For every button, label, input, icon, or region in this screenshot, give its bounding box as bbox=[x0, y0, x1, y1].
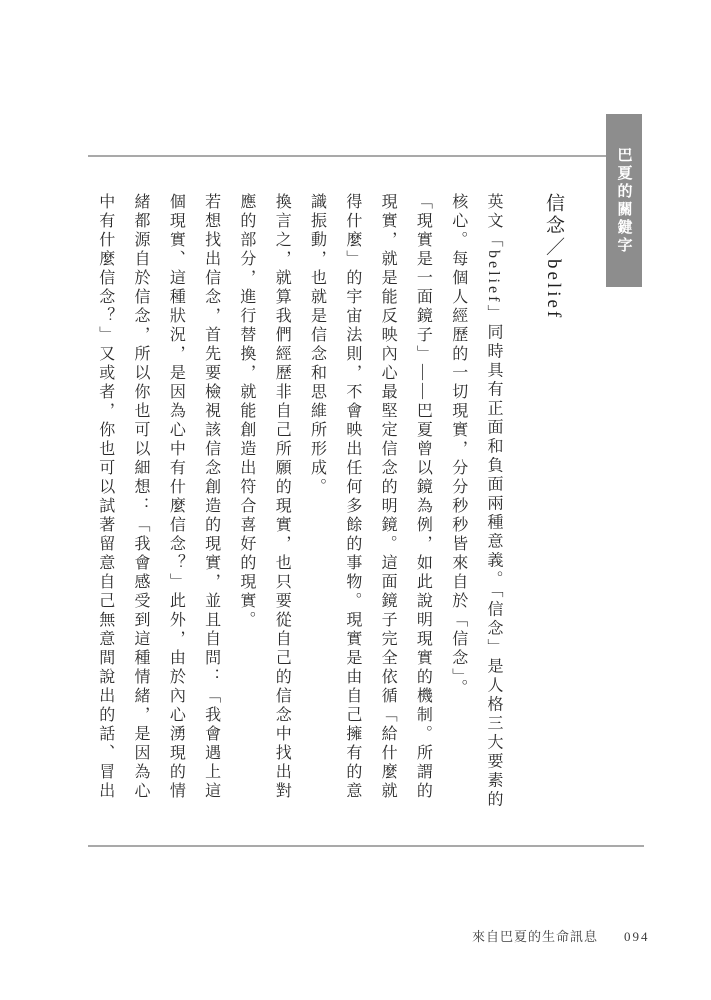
text-column: 緒都源自於信念，所以你也可以細想：「我會感受到這種情緒，是因為心 bbox=[123, 193, 158, 848]
page-footer: 來自巴夏的生命訊息 094 bbox=[472, 926, 650, 945]
text-column: 個現實、這種狀況，是因為心中有什麼信念？」此外，由於內心湧現的情 bbox=[158, 193, 193, 848]
text-column: 英文「belief」同時具有正面和負面兩種意義。「信念」是人格三大要素的 bbox=[476, 193, 511, 848]
page-number: 094 bbox=[624, 929, 650, 945]
text-column: 得什麼」的宇宙法則，不會映出任何多餘的事物。現實是由自己擁有的意 bbox=[335, 193, 370, 848]
text-column: 識振動，也就是信念和思維所形成。 bbox=[299, 193, 334, 848]
running-title: 來自巴夏的生命訊息 bbox=[472, 926, 598, 945]
article-body: 英文「belief」同時具有正面和負面兩種意義。「信念」是人格三大要素的 核心。… bbox=[87, 193, 511, 848]
book-page: 巴夏的關鍵字 信念／belief 英文「belief」同時具有正面和負面兩種意義… bbox=[0, 0, 711, 1000]
text-column: 中有什麼信念？」又或者，你也可以試著留意自己無意間說出的話、冒出 bbox=[87, 193, 122, 848]
text-column: 「現實是一面鏡子」——巴夏曾以鏡為例，如此說明現實的機制。所謂的 bbox=[405, 193, 440, 848]
text-column: 換言之，就算我們經歷非自己所願的現實，也只要從自己的信念中找出對 bbox=[264, 193, 299, 848]
text-column: 核心。每個人經歷的一切現實，分分秒秒皆來自於「信念」。 bbox=[440, 193, 475, 848]
text-column: 若想找出信念，首先要檢視該信念創造的現實，並且自問：「我會遇上這 bbox=[193, 193, 228, 848]
text-column: 應的部分，進行替換，就能創造出符合喜好的現實。 bbox=[229, 193, 264, 848]
article-title: 信念／belief bbox=[540, 193, 566, 320]
top-rule bbox=[88, 155, 606, 157]
chapter-tab: 巴夏的關鍵字 bbox=[606, 114, 642, 287]
chapter-tab-label: 巴夏的關鍵字 bbox=[617, 147, 632, 255]
text-column: 現實，就是能反映內心最堅定信念的明鏡。這面鏡子完全依循「給什麼就 bbox=[370, 193, 405, 848]
bottom-rule bbox=[88, 845, 644, 847]
